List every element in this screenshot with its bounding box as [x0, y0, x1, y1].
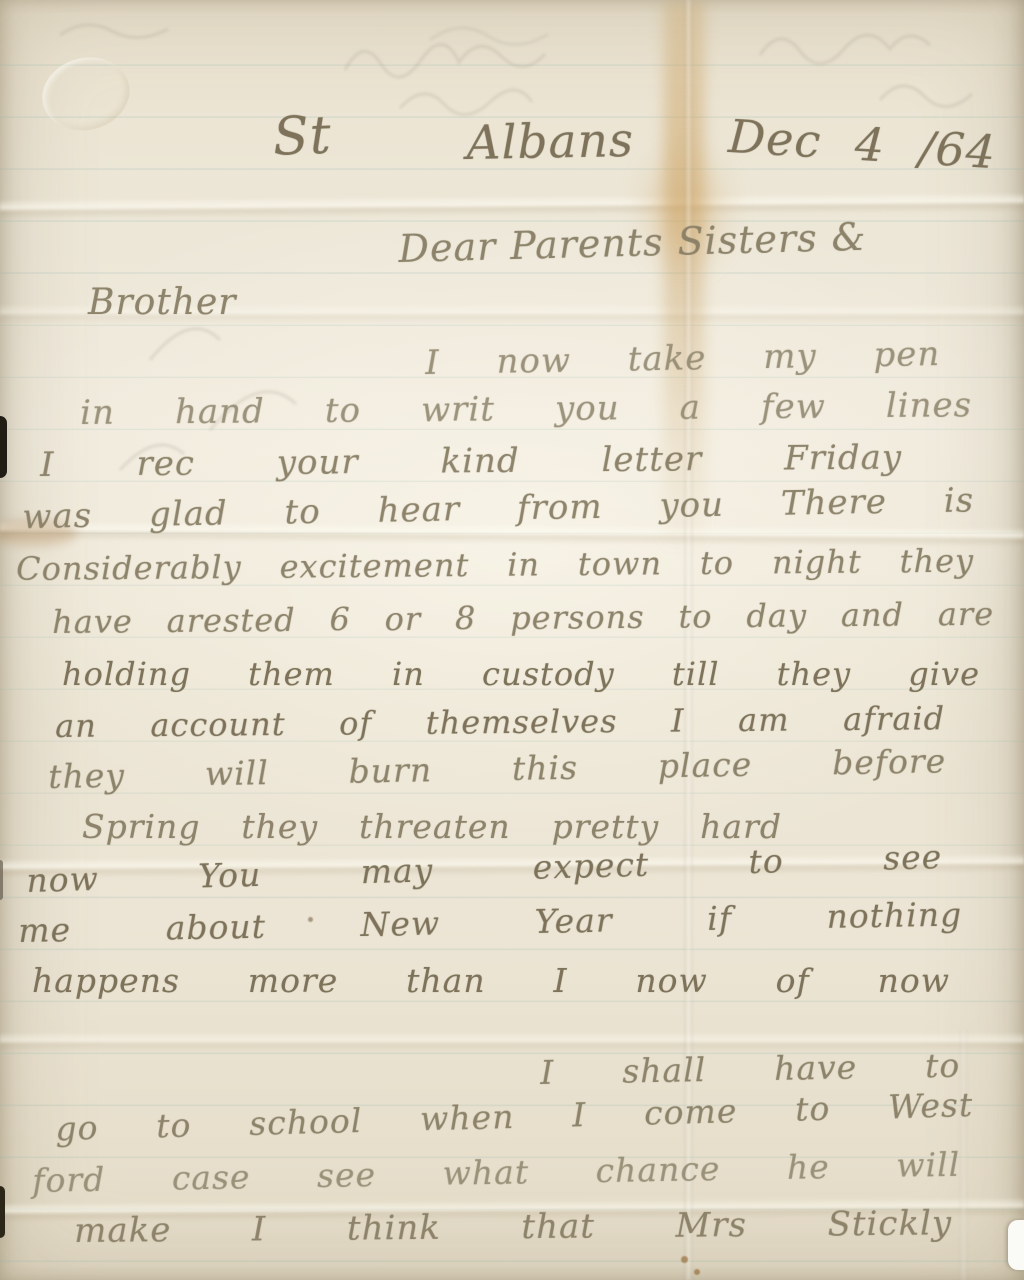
handwriting-line: me about New Year if nothing [18, 898, 962, 949]
scan-edge-mark [0, 1186, 5, 1238]
stain-dot [694, 1269, 700, 1275]
scan-edge-mark [0, 860, 3, 900]
handwriting-line: make I think that Mrs Stickly [74, 1206, 952, 1249]
handwriting-line: I shall have to [540, 1049, 961, 1091]
handwriting-line: now You may expect to see [26, 840, 943, 899]
stain-dot [681, 1256, 688, 1263]
handwriting-line: I rec your kind letter Friday [40, 440, 902, 483]
heading-place-abbrev: St [272, 106, 333, 168]
heading-date: Dec 4 /64 [727, 112, 997, 177]
handwriting-line: ford case see what chance he will [32, 1148, 960, 1199]
handwriting-line: I now take my pen [425, 337, 941, 382]
handwriting-line: happens more than I now of now [32, 964, 950, 999]
salutation: Dear Parents Sisters & [398, 218, 867, 270]
handwriting-line: holding them in custody till they give [62, 658, 980, 692]
handwriting-line: Spring they threaten pretty hard [82, 810, 782, 845]
handwriting-line: go to school when I come to West [55, 1088, 974, 1147]
handwriting-line: have arested 6 or 8 persons to day and a… [52, 598, 994, 640]
embossed-seal [35, 48, 138, 139]
handwriting-line: in hand to writ you a few lines [80, 388, 972, 431]
salutation-continued: Brother [88, 282, 237, 323]
vertical-fold-crease [960, 1030, 967, 1280]
scan-edge-mark [0, 416, 7, 478]
letter-scan-page: St Albans Dec 4 /64 Dear Parents Sisters… [0, 0, 1024, 1280]
handwriting-line: was glad to hear from you There is [22, 483, 974, 535]
handwriting-line: Considerably excitement in town to night… [16, 545, 974, 587]
heading-place: Albans [466, 113, 634, 171]
handwriting-line: an account of themselves I am afraid [55, 702, 945, 743]
handwriting-line: they will burn this place before [48, 744, 946, 794]
fold-crease [0, 192, 1024, 219]
paper-edge-notch [1008, 1220, 1024, 1270]
